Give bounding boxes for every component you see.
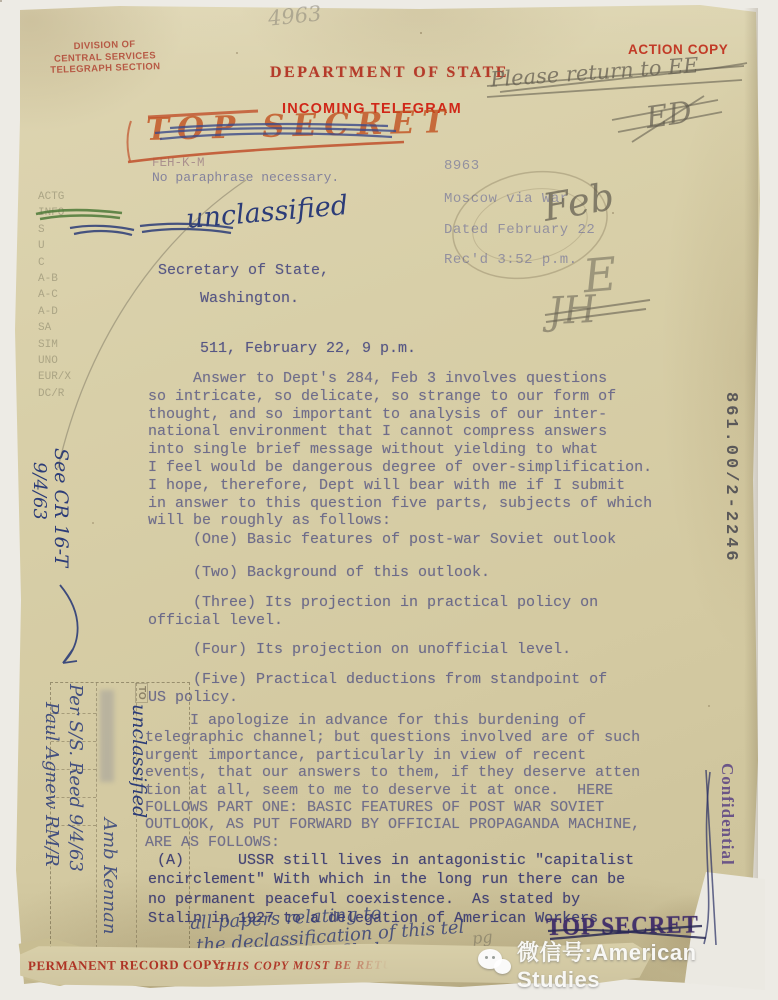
telegram-serial: 8963 [444, 158, 480, 174]
paul-agnew-note: Paul Agnew RM/R [41, 702, 62, 867]
per-ss-reed-note: Per S/S. Reed 9/4/63 [65, 684, 86, 872]
address-secretary-of-state: Secretary of State, [158, 262, 329, 279]
address-washington: Washington. [200, 290, 299, 307]
list-item-five: (Five) Practical deductions from standpo… [148, 671, 607, 707]
body-paragraph-2: I apologize in advance for this burdenin… [145, 712, 640, 851]
illegible-stamp-smudge [100, 690, 114, 782]
department-of-state-header: DEPARTMENT OF STATE [270, 64, 509, 82]
wechat-icon [478, 949, 511, 979]
see-cr-date: 9/4/63 [29, 462, 50, 520]
list-item-three: (Three) Its projection in practical poli… [148, 594, 598, 630]
wechat-bubble-small [494, 959, 511, 974]
ed-handwriting: ED [644, 95, 694, 136]
page-edge-shadow [744, 8, 758, 976]
pencil-jh-initials: JH [547, 287, 598, 333]
wechat-eye [492, 956, 495, 959]
no-paraphrase-line: No paraphrase necessary. [152, 170, 339, 185]
wechat-eye [485, 956, 488, 959]
list-item-one: (One) Basic features of post-war Soviet … [148, 531, 616, 548]
telegram-ref-line: 511, February 22, 9 p.m. [200, 340, 416, 357]
must-be-returned-label: THIS COPY MUST BE RETU [218, 958, 392, 974]
decimal-file-number: 861.00/2-2246 [721, 392, 740, 564]
wechat-watermark: 微信号:American Studies [478, 942, 778, 986]
watermark-text: 微信号:American Studies [517, 936, 778, 993]
paper-specks [0, 0, 2, 2]
permanent-record-label: PERMANENT RECORD COPY: [28, 957, 225, 974]
list-item-two: (Two) Background of this outlook. [148, 564, 490, 581]
list-item-four: (Four) Its projection on unofficial leve… [148, 641, 571, 658]
routing-slip-divider [96, 683, 97, 953]
division-telegraph-section-stamp: DIVISION OF CENTRAL SERVICES TELEGRAPH S… [29, 37, 180, 77]
body-paragraph-1: Answer to Dept's 284, Feb 3 involves que… [148, 370, 652, 530]
scanned-telegram-document: DIVISION OF CENTRAL SERVICES TELEGRAPH S… [0, 0, 778, 1000]
control-code: FEH-K-M [152, 156, 205, 170]
confidential-stamp: Confidential [717, 763, 737, 866]
see-cr-note: See CR 16-T [50, 448, 72, 567]
unclassified-vertical-note: unclassified [128, 704, 150, 818]
to-box-label: TO [135, 683, 148, 703]
telegram-received-time: Rec'd 3:52 p.m. [444, 252, 578, 268]
amb-kennan-note: Amb Kennan [99, 818, 120, 934]
routing-codes-column: ACTG INFO S U C A-B A-C A-D SA SIM UNO E… [38, 189, 71, 402]
